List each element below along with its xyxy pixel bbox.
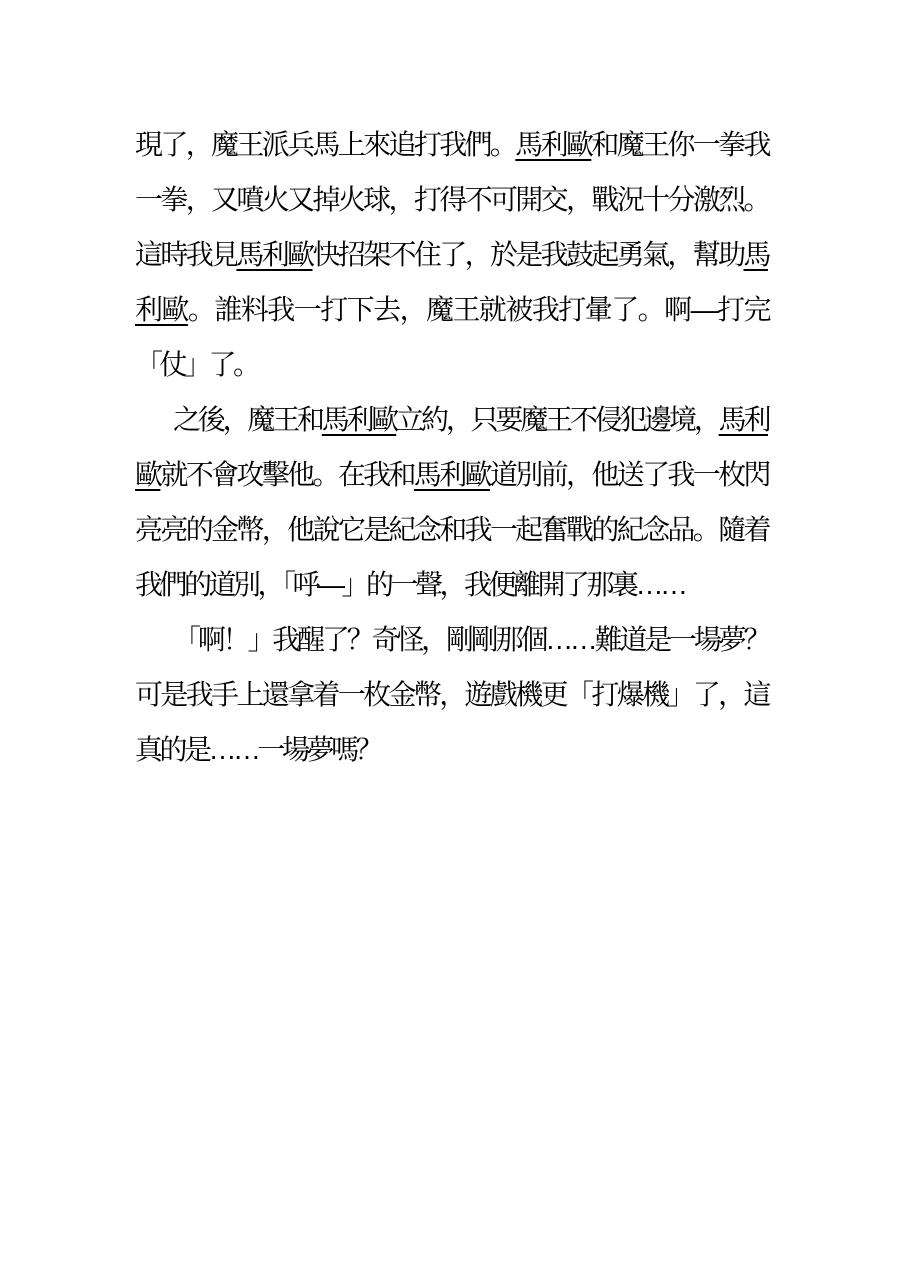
proper-noun-underline: 馬利 bbox=[719, 404, 768, 435]
text-line: 可是我手上還拿着一枚金幣，遊戲機更「打爆機」了，這 bbox=[135, 667, 768, 722]
proper-noun-underline: 馬 bbox=[743, 239, 768, 270]
proper-noun-underline: 馬利歐 bbox=[414, 459, 490, 490]
essay-body: 現了，魔王派兵馬上來追打我們。馬利歐和魔王你一拳我一拳，又噴火又掉火球，打得不可… bbox=[135, 117, 768, 777]
text-segment: 現了，魔王派兵馬上來追打我們。 bbox=[135, 129, 515, 160]
text-line: 真的是……一場夢嗎？ bbox=[135, 722, 768, 777]
proper-noun-underline: 馬利歐 bbox=[236, 239, 312, 270]
text-line: 現了，魔王派兵馬上來追打我們。馬利歐和魔王你一拳我 bbox=[135, 117, 768, 172]
text-segment: 真的是……一場夢嗎？ bbox=[135, 734, 380, 765]
text-segment: 我們的道別，「呼—」的一聲，我便離開了那裏…… bbox=[135, 569, 685, 600]
text-segment: 就不會攻擊他。在我和 bbox=[160, 459, 414, 490]
text-segment: 「啊！」我醒了？奇怪，剛剛那個……難道是一場夢？ bbox=[173, 624, 768, 655]
text-line: 亮亮的金幣，他說它是紀念和我一起奮戰的紀念品。隨着 bbox=[135, 502, 768, 557]
text-segment: 立約，只要魔王不侵犯邊境， bbox=[396, 404, 718, 435]
text-segment: 道別前，他送了我一枚閃 bbox=[490, 459, 768, 490]
text-segment: 「仗」了。 bbox=[135, 349, 258, 380]
proper-noun-underline: 歐 bbox=[135, 459, 160, 490]
text-segment: 這時我見 bbox=[135, 239, 236, 270]
text-segment: 可是我手上還拿着一枚金幣，遊戲機更「打爆機」了，這 bbox=[135, 679, 768, 710]
text-line: 之後，魔王和馬利歐立約，只要魔王不侵犯邊境，馬利 bbox=[135, 392, 768, 447]
text-line: 一拳，又噴火又掉火球，打得不可開交，戰況十分激烈。 bbox=[135, 172, 768, 227]
proper-noun-underline: 馬利歐 bbox=[515, 129, 591, 160]
text-segment: 一拳，又噴火又掉火球，打得不可開交，戰況十分激烈。 bbox=[135, 184, 768, 215]
text-segment: 。誰料我一打下去，魔王就被我打暈了。啊—打完 bbox=[188, 294, 768, 325]
text-line: 這時我見馬利歐快招架不住了，於是我鼓起勇氣，幫助馬 bbox=[135, 227, 768, 282]
text-segment: 和魔王你一拳我 bbox=[591, 129, 768, 160]
document-page: 現了，魔王派兵馬上來追打我們。馬利歐和魔王你一拳我一拳，又噴火又掉火球，打得不可… bbox=[0, 0, 905, 1280]
text-line: 「仗」了。 bbox=[135, 337, 768, 392]
proper-noun-underline: 馬利歐 bbox=[322, 404, 396, 435]
text-line: 歐就不會攻擊他。在我和馬利歐道別前，他送了我一枚閃 bbox=[135, 447, 768, 502]
text-segment: 快招架不住了，於是我鼓起勇氣，幫助 bbox=[312, 239, 743, 270]
text-line: 「啊！」我醒了？奇怪，剛剛那個……難道是一場夢？ bbox=[135, 612, 768, 667]
proper-noun-underline: 利歐 bbox=[135, 294, 188, 325]
text-line: 我們的道別，「呼—」的一聲，我便離開了那裏…… bbox=[135, 557, 768, 612]
text-line: 利歐。誰料我一打下去，魔王就被我打暈了。啊—打完 bbox=[135, 282, 768, 337]
text-segment: 之後，魔王和 bbox=[173, 404, 322, 435]
text-segment: 亮亮的金幣，他說它是紀念和我一起奮戰的紀念品。隨着 bbox=[135, 514, 768, 545]
